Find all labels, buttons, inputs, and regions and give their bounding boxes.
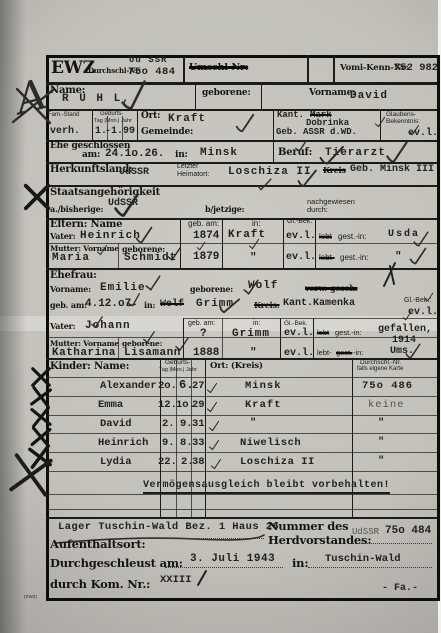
- mutter-geb: 1879: [193, 251, 219, 263]
- fill-line: [142, 538, 264, 539]
- vater-gest-label: gest.-in:: [338, 232, 366, 241]
- rule: [46, 509, 437, 510]
- ehe-am-value: 24.1o.26.: [105, 148, 164, 160]
- mutter-name: Maria: [52, 252, 90, 264]
- rule: [180, 218, 181, 268]
- ehefrau-v-in-label: in:: [253, 320, 260, 327]
- staats-nach-label2: durch:: [307, 205, 328, 214]
- rule: [46, 82, 437, 85]
- ehefrau-gebam: 4.12.o7: [85, 298, 131, 310]
- rule: [273, 109, 274, 162]
- eltern-in-label: in:: [252, 219, 260, 228]
- rule: [183, 318, 184, 358]
- aufenthalt-value: Lager Tuschin-Wald Bez. 1 Haus 26: [58, 521, 279, 533]
- ehefrau-mutter-name: Katharina: [52, 347, 116, 359]
- ort-label: Ort:: [141, 111, 160, 121]
- child-tag: 2.: [162, 418, 175, 430]
- mutter-lebt-struck: lebt-: [319, 253, 335, 262]
- herkunft-kreis-value: Geb. Minsk III: [350, 164, 434, 175]
- durchgeschleust-label: Durchgeschleust am:: [50, 556, 183, 570]
- ehefrau-glbek-value: ev.l.: [408, 307, 438, 318]
- child-jahr: 27: [192, 380, 205, 392]
- rule: [333, 55, 335, 82]
- margin-note: (EWZ): [24, 594, 37, 599]
- kinder-nr-label2: falls eigene Karte: [357, 366, 403, 372]
- rule: [222, 318, 223, 358]
- verw-gesch-struck: verw.-gesch.: [305, 283, 357, 293]
- rule: [92, 109, 93, 140]
- rule: [46, 452, 437, 453]
- ehefrau-v-glbek-label: Gl.-Bek.: [284, 320, 307, 327]
- geburts-cols-label: Tag |Mon.| Jahr: [94, 118, 132, 124]
- rule: [46, 268, 437, 270]
- ehefrau-vater-geb: ?: [200, 328, 207, 340]
- child-ort: Niwelisch: [240, 437, 301, 449]
- name-value: R U H L,: [62, 93, 131, 105]
- scan-edge-shadow: [0, 0, 26, 633]
- glauben-label2: Bekenntnis:: [386, 118, 420, 125]
- nummer-label1: Nummer des: [268, 519, 348, 533]
- ehefrau-gebam-label: geb. am:: [50, 300, 87, 310]
- glauben-value: ev.l.: [408, 128, 438, 139]
- staats-title: Staatsangehörigkeit: [50, 187, 160, 198]
- ehefrau-vorname: Emilie: [100, 282, 146, 294]
- geborene-label: geborene:: [202, 88, 251, 98]
- gemeinde-label: Gemeinde:: [141, 127, 193, 137]
- ehefrau-vorname-label: Vorname:: [50, 284, 91, 294]
- kinder-ort-label: Ort: (Kreis): [210, 361, 263, 371]
- kom-label: durch Kom. Nr.:: [50, 577, 150, 591]
- ehefrau-kreis-value: Kant.Kamenka: [283, 298, 355, 309]
- country-stamp: Ud SSR: [129, 55, 167, 65]
- vater-in: Kraft: [228, 229, 266, 241]
- ehefrau-vater-glbek: ev.l.: [284, 328, 314, 339]
- child-name: Lydia: [100, 456, 132, 468]
- geburts-label: Geburts-: [100, 111, 123, 117]
- famstand-value: verh.: [50, 126, 80, 137]
- ort-value: Kraft: [168, 113, 206, 125]
- child-jahr: 33: [192, 437, 205, 449]
- ehefrau-mutter-geborene: Lisamann: [124, 347, 181, 359]
- child-jahr: 31: [192, 418, 205, 430]
- fill-line: [308, 567, 432, 568]
- child-nr-ditto: ": [378, 417, 384, 429]
- ehefrau-v-gebam-label: geb. am:: [188, 320, 215, 327]
- vater-gest-value: Usda: [388, 229, 420, 240]
- ehe-in-value: Minsk: [200, 147, 238, 159]
- vater-label: Vater:: [50, 231, 75, 241]
- ehefrau-m-gest-struck: gest.: [336, 348, 352, 357]
- staats-a-value: UdSSR: [108, 198, 138, 209]
- nummer-value: 75o 484: [385, 525, 431, 537]
- rule: [283, 218, 284, 268]
- child-name: Heinrich: [98, 437, 148, 449]
- ehefrau-vater-gest1: gefallen,: [378, 324, 432, 335]
- rule: [46, 415, 437, 416]
- ehefrau-vater-in: Grimm: [232, 328, 270, 340]
- glauben-label1: Glaubens-: [386, 111, 416, 118]
- geb-mon: -1.: [105, 126, 123, 137]
- vater-lebt-struck: lebt: [319, 232, 332, 241]
- geb-jahr: 99: [123, 126, 135, 137]
- rule: [46, 471, 437, 472]
- child-name: Alexander: [100, 380, 157, 392]
- ehefrau-m-lebt-label: lebt-: [317, 348, 332, 357]
- famstand-label: Fam.-Stand: [48, 112, 79, 118]
- rule: [183, 55, 185, 82]
- vater-name: Heinrich: [80, 230, 141, 242]
- child-jahr: 29: [192, 399, 205, 411]
- child-jahr: 38: [192, 456, 205, 468]
- rule: [46, 494, 437, 495]
- rule: [222, 218, 223, 268]
- kinder-geb-cols: Tag |Mon.| Jahr: [159, 367, 197, 373]
- fill-line: [165, 567, 283, 568]
- vomi-value: 752 982: [394, 62, 438, 74]
- child-tag: 9.: [162, 437, 175, 449]
- child-ort-ditto: ": [250, 417, 256, 429]
- ehefrau-in-label: in:: [144, 300, 155, 310]
- ehefrau-mutter-geb: 1888: [193, 347, 219, 359]
- child-nr-ditto: ": [378, 436, 384, 448]
- child-mon: 9.: [180, 418, 193, 430]
- staats-b-label: b/jetzige:: [205, 204, 244, 214]
- child-name: Emma: [98, 399, 123, 411]
- child-ort: Loschiza II: [240, 456, 315, 468]
- rule: [307, 55, 309, 82]
- ehefrau-v-lebt-struck: lebt: [317, 328, 329, 337]
- ehefrau-v-gest-label: gest.-in:: [335, 328, 362, 337]
- nummer-prefix: UdSSR: [352, 527, 379, 537]
- kreis-typed: Kant.: [277, 110, 304, 120]
- vorname-label: Vorname:: [309, 88, 355, 98]
- rule: [280, 318, 281, 358]
- ehefrau-vater-gest2: 1914: [392, 335, 416, 346]
- ehefrau-vater-label: Vater:: [50, 321, 75, 331]
- aufenthalt-label: Aufenthaltsort:: [50, 537, 145, 551]
- heimat-value: Loschiza II: [228, 166, 312, 178]
- scanned-registration-form: EWZ Durchschl-Nr: Ud SSR 75o 484 Umschl-…: [0, 0, 441, 633]
- vermoegensausgleich-stamp: Vermögensausgleich bleibt vorbehalten!: [143, 480, 390, 494]
- mutter-gest-ditto: ": [395, 251, 402, 263]
- ehefrau-mutter-in-ditto: ": [250, 347, 257, 359]
- ehefrau-mutter-gest: Ums.: [390, 346, 414, 357]
- rule: [261, 82, 262, 109]
- vater-geb: 1874: [193, 230, 219, 242]
- ehefrau-geborene: Wolf: [248, 280, 278, 292]
- child-nr-ditto: ": [378, 455, 384, 467]
- beruf-value: Tierarzt: [325, 147, 386, 159]
- vater-glbek: ev.l.: [286, 231, 316, 242]
- eltern-gebam-label: geb. am:: [188, 219, 219, 228]
- durchschl-value: 75o 484: [128, 66, 176, 78]
- mutter-gest-label: gest.-in:: [340, 253, 368, 262]
- durchgeschleust-value: 3. Juli 1943: [190, 553, 275, 565]
- kinder-geb-label: Geburts-: [165, 359, 190, 366]
- ehefrau-glbek-label: Gl.-Bek.:: [404, 297, 431, 304]
- kreis-line3: Geb. ASSR d.WD.: [276, 127, 357, 137]
- vorname-value: David: [350, 90, 388, 102]
- mutter-glbek: ev.l.: [286, 252, 316, 263]
- ehefrau-in-struck: Welf: [160, 299, 184, 310]
- mutter-in-ditto: ": [250, 252, 257, 264]
- mutter-geborene: Schmidt: [124, 252, 177, 264]
- heimat-label2: Heimatort:: [177, 171, 209, 178]
- footer-in-label: in:: [292, 556, 308, 570]
- footer-in-value: Tuschin-Wald: [325, 553, 401, 565]
- rule: [46, 377, 437, 378]
- page-mark: - Fa.-: [382, 583, 418, 594]
- child-tag: 22.: [158, 456, 177, 468]
- beruf-label: Beruf:: [278, 147, 312, 158]
- child-nr: keine: [368, 399, 405, 411]
- child-mon: 8.: [180, 437, 193, 449]
- ehe-am-label: am:: [82, 150, 100, 160]
- eltern-title: Eltern: Name: [50, 219, 122, 230]
- staats-a-label: a./bisherige:: [50, 204, 103, 214]
- rule: [46, 517, 437, 519]
- child-nr: 75o 486: [362, 380, 413, 392]
- kinder-nr-label1: Durchschl.-Nr.: [360, 359, 401, 366]
- rule: [380, 109, 381, 140]
- child-name: David: [100, 418, 132, 430]
- child-ort: Minsk: [245, 380, 282, 392]
- herkunft-kreis-label-struck: Kreis: [323, 165, 346, 175]
- child-ort: Kraft: [245, 399, 282, 411]
- umschl-label-struck: Umschl-Nr:: [189, 62, 248, 73]
- ehefrau-title: Ehefrau:: [50, 270, 97, 281]
- rule: [46, 433, 437, 434]
- child-tag: 2o.: [158, 380, 177, 392]
- herkunft-value: UdSSR: [119, 167, 149, 178]
- ehefrau-geborene-label: geborene:: [190, 284, 233, 294]
- rule: [46, 396, 437, 397]
- kinder-title: Kinder: Name:: [50, 361, 129, 372]
- ehefrau-in-value: Grimm: [196, 298, 234, 310]
- heimat-label1: Letzter: [177, 163, 198, 170]
- ehefrau-m-in-label: -in:: [353, 348, 363, 357]
- rule: [137, 109, 138, 140]
- ehe-in-label: in:: [175, 150, 188, 160]
- fill-line: [352, 543, 432, 544]
- ehefrau-kreis-label-struck: Kreis:: [254, 300, 280, 310]
- eltern-glbek-label: Gl.-Bek.: [287, 218, 312, 225]
- rule: [195, 82, 196, 109]
- ehefrau-mutter-glbek: ev.l.: [284, 348, 314, 359]
- ehefrau-vater-name: Johann: [85, 320, 131, 332]
- child-tag: 12.: [158, 399, 177, 411]
- kom-value: XXIII: [160, 574, 192, 586]
